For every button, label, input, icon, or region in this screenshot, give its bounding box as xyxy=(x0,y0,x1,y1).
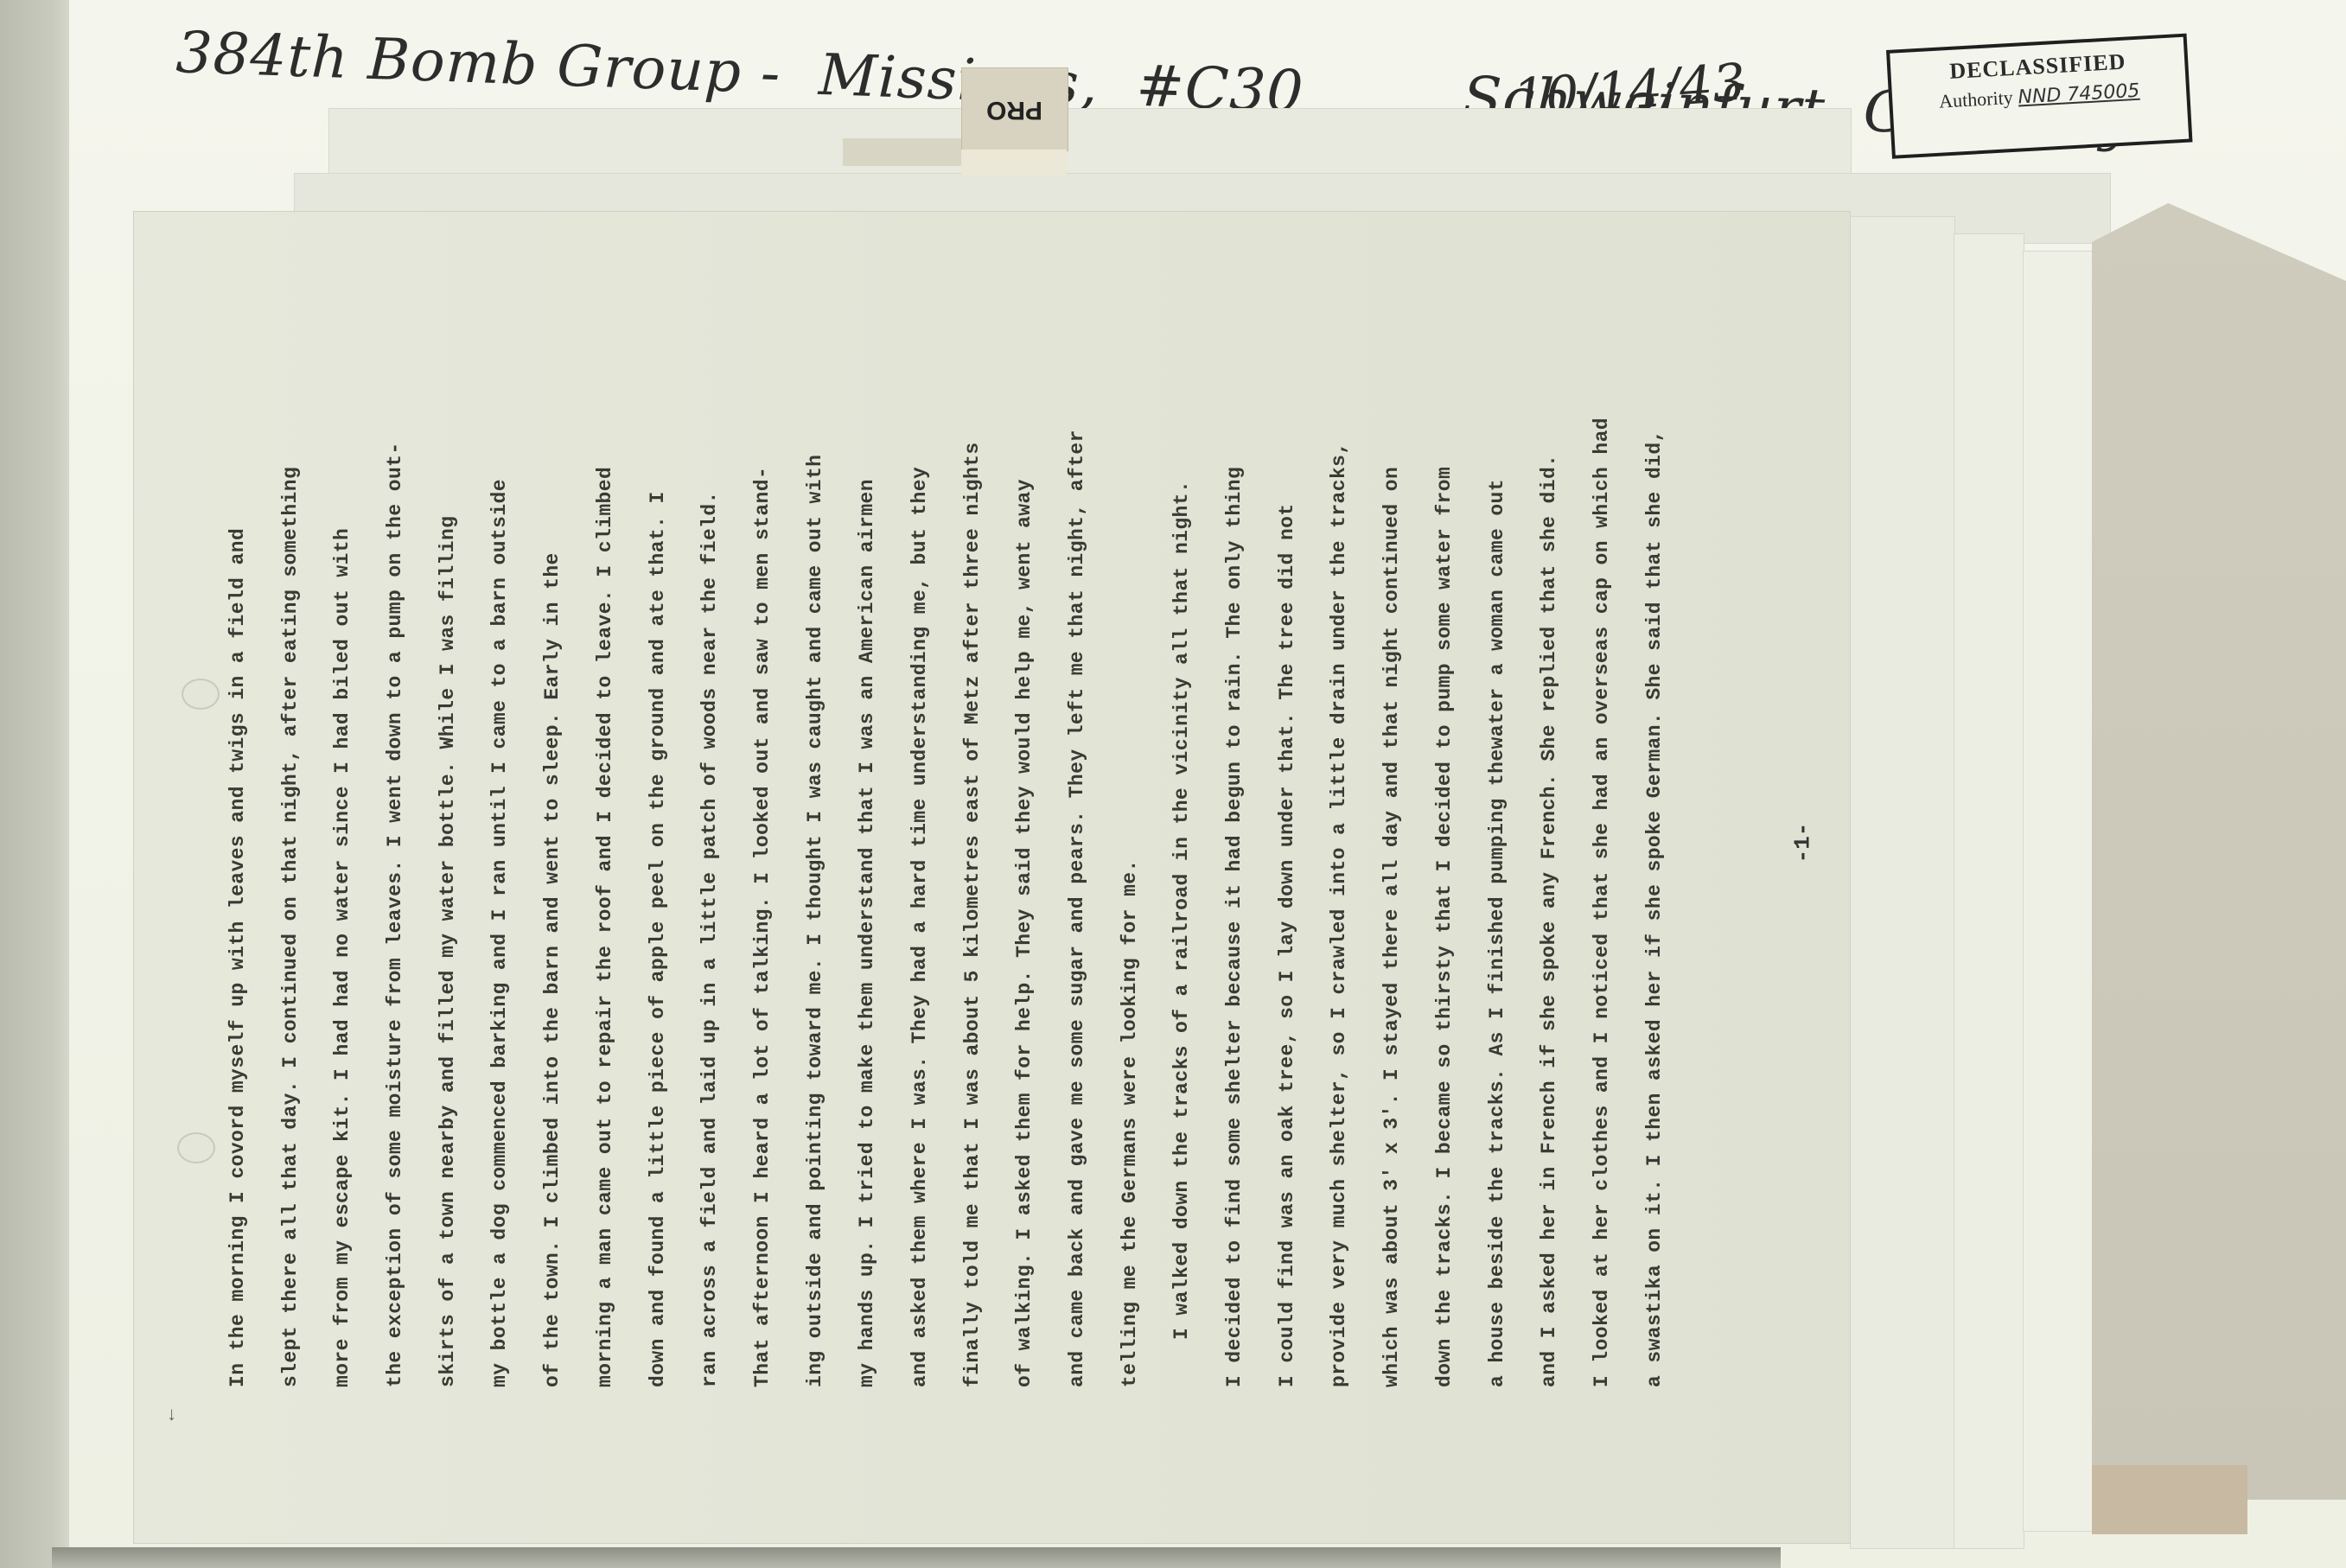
typed-line: more from my escape kit. I had had no wa… xyxy=(316,272,369,1387)
folder-bottom-edge xyxy=(52,1547,1781,1568)
typed-line: I decided to find some shelter because i… xyxy=(1208,272,1261,1387)
index-tab xyxy=(843,138,967,166)
typed-line: of walking. I asked them for help. They … xyxy=(998,272,1051,1387)
manila-folder xyxy=(2092,203,2346,1500)
typed-line: morning a man came out to repair the roo… xyxy=(579,272,632,1387)
typed-line: telling me the Germans were looking for … xyxy=(1104,272,1157,1387)
typed-line: finally told me that I was about 5 kilom… xyxy=(947,272,999,1387)
pro-tab: PRO xyxy=(961,67,1068,151)
typed-line: of the town. I climbed into the barn and… xyxy=(526,272,579,1387)
typed-line: In the morning I covord myself up with l… xyxy=(212,272,265,1387)
typed-line: a swastika on it. I then asked her if sh… xyxy=(1629,272,1681,1387)
typed-line: which was about 3' x 3'. I stayed there … xyxy=(1366,272,1418,1387)
typed-line: I looked at her clothes and I noticed th… xyxy=(1576,272,1629,1387)
stamp-authority-label: Authority xyxy=(1938,86,2013,112)
typed-line: the exception of some moisture from leav… xyxy=(369,272,422,1387)
pro-tab-label: PRO xyxy=(986,95,1042,124)
typed-line: That afternoon I heard a lot of talking.… xyxy=(736,272,789,1387)
typed-text-block: In the morning I covord myself up with l… xyxy=(212,272,1785,1387)
typed-line: my bottle a dog commenced barking and I … xyxy=(474,272,526,1387)
pencil-mark: ↓ xyxy=(166,1405,177,1426)
punch-hole xyxy=(177,1132,215,1163)
declassified-stamp: DECLASSIFIED AuthorityNND 745005 xyxy=(1886,34,2192,159)
page-number: -1- xyxy=(1789,823,1815,864)
typed-line: I could find was an oak tree, so I lay d… xyxy=(1261,272,1314,1387)
stack-sheet-edge xyxy=(1954,233,2024,1549)
typed-line: a house beside the tracks. As I finished… xyxy=(1471,272,1524,1387)
typed-line: and asked them where I was. They had a h… xyxy=(894,272,947,1387)
typed-line: ing outside and pointing toward me. I th… xyxy=(789,272,842,1387)
typed-line: my hands up. I tried to make them unders… xyxy=(841,272,894,1387)
typed-line: I walked down the tracks of a railroad i… xyxy=(1156,272,1208,1387)
pro-tab-strip xyxy=(961,150,1067,175)
typed-line: and I asked her in French if she spoke a… xyxy=(1523,272,1576,1387)
stamp-authority-number: NND 745005 xyxy=(2018,80,2140,109)
typed-line: provide very much shelter, so I crawled … xyxy=(1313,272,1366,1387)
typed-line: slept there all that day. I continued on… xyxy=(265,272,317,1387)
typed-line: skirts of a town nearby and filled my wa… xyxy=(422,272,475,1387)
stack-sheet-edge xyxy=(1850,216,1955,1549)
typed-line: and came back and gave me some sugar and… xyxy=(1051,272,1104,1387)
typed-line: ran across a field and laid up in a litt… xyxy=(684,272,736,1387)
typed-line: down the tracks. I became so thirsty tha… xyxy=(1418,272,1471,1387)
manila-folder-tab xyxy=(2092,1465,2247,1534)
left-shadow xyxy=(0,0,74,1568)
stack-sheet-edge xyxy=(2023,251,2094,1532)
typed-line: down and found a little piece of apple p… xyxy=(632,272,685,1387)
